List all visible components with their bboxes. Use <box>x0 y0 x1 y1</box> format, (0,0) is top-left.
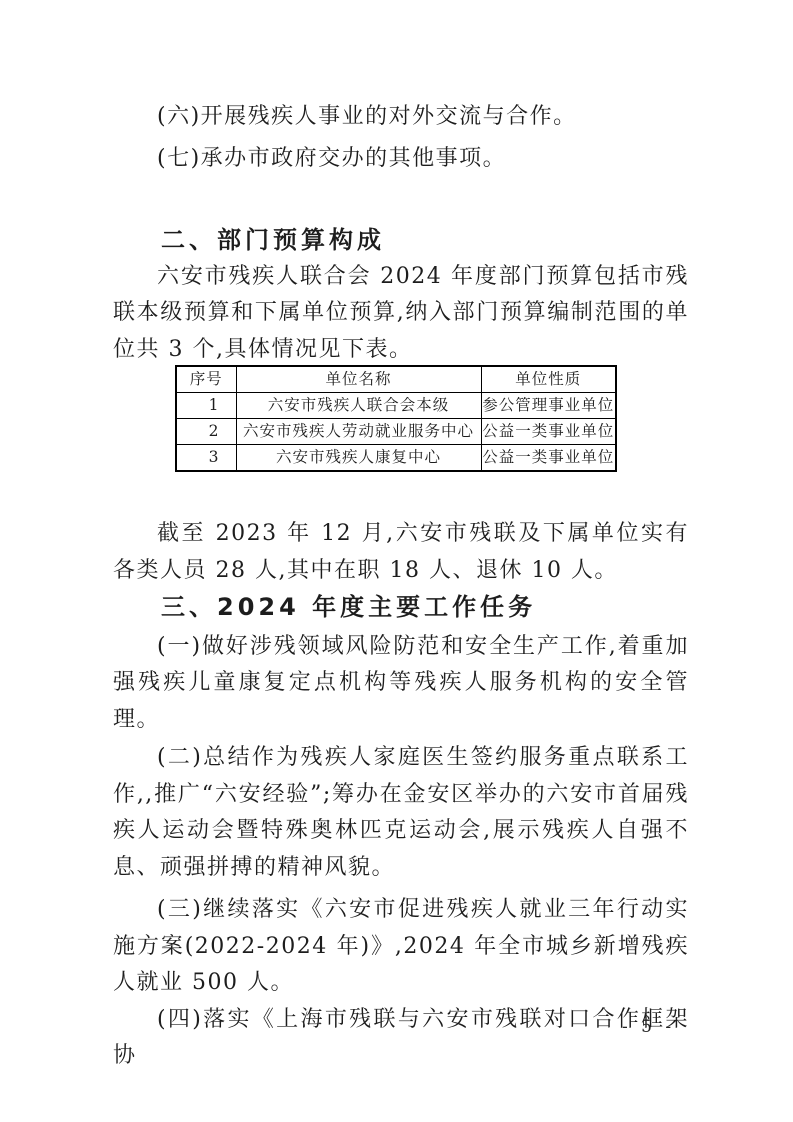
paragraph-duty-6: (六)开展残疾人事业的对外交流与合作。 <box>113 99 689 136</box>
table-header-no: 序号 <box>176 366 236 393</box>
paragraph-task-4: (四)落实《上海市残联与六安市残联对口合作框架协 <box>113 1002 689 1075</box>
paragraph-task-2: (二)总结作为残疾人家庭医生签约服务重点联系工作,,推广“六安经验”;筹办在金安… <box>113 740 689 886</box>
table-cell-type: 公益一类事业单位 <box>481 445 616 472</box>
budget-units-table: 序号 单位名称 单位性质 1 六安市残疾人联合会本级 参公管理事业单位 2 六安… <box>175 365 617 472</box>
paragraph-budget-intro: 六安市残疾人联合会 2024 年度部门预算包括市残联本级预算和下属单位预算,纳入… <box>113 259 689 369</box>
table-cell-name: 六安市残疾人康复中心 <box>236 445 481 472</box>
table-cell-type: 参公管理事业单位 <box>481 393 616 419</box>
table-cell-name: 六安市残疾人劳动就业服务中心 <box>236 419 481 445</box>
table-cell-no: 1 <box>176 393 236 419</box>
paragraph-task-1: (一)做好涉残领域风险防范和安全生产工作,着重加强残疾儿童康复定点机构等残疾人服… <box>113 629 689 739</box>
table-header-row: 序号 单位名称 单位性质 <box>176 366 616 393</box>
table-cell-type: 公益一类事业单位 <box>481 419 616 445</box>
section-heading-main-tasks: 三、2024 年度主要工作任务 <box>113 589 689 626</box>
page-number: - 5 - <box>622 1014 675 1040</box>
paragraph-duty-7: (七)承办市政府交办的其他事项。 <box>113 141 689 178</box>
table-header-type: 单位性质 <box>481 366 616 393</box>
table-cell-no: 3 <box>176 445 236 472</box>
document-page: (六)开展残疾人事业的对外交流与合作。 (七)承办市政府交办的其他事项。 二、部… <box>0 0 793 1122</box>
paragraph-staff-summary: 截至 2023 年 12 月,六安市残联及下属单位实有各类人员 28 人,其中在… <box>113 516 689 589</box>
table-cell-no: 2 <box>176 419 236 445</box>
paragraph-task-3: (三)继续落实《六安市促进残疾人就业三年行动实施方案(2022-2024 年)》… <box>113 892 689 1002</box>
table-row: 2 六安市残疾人劳动就业服务中心 公益一类事业单位 <box>176 419 616 445</box>
table-row: 1 六安市残疾人联合会本级 参公管理事业单位 <box>176 393 616 419</box>
table-cell-name: 六安市残疾人联合会本级 <box>236 393 481 419</box>
table-header-name: 单位名称 <box>236 366 481 393</box>
section-heading-budget-composition: 二、部门预算构成 <box>113 222 689 259</box>
table-row: 3 六安市残疾人康复中心 公益一类事业单位 <box>176 445 616 472</box>
